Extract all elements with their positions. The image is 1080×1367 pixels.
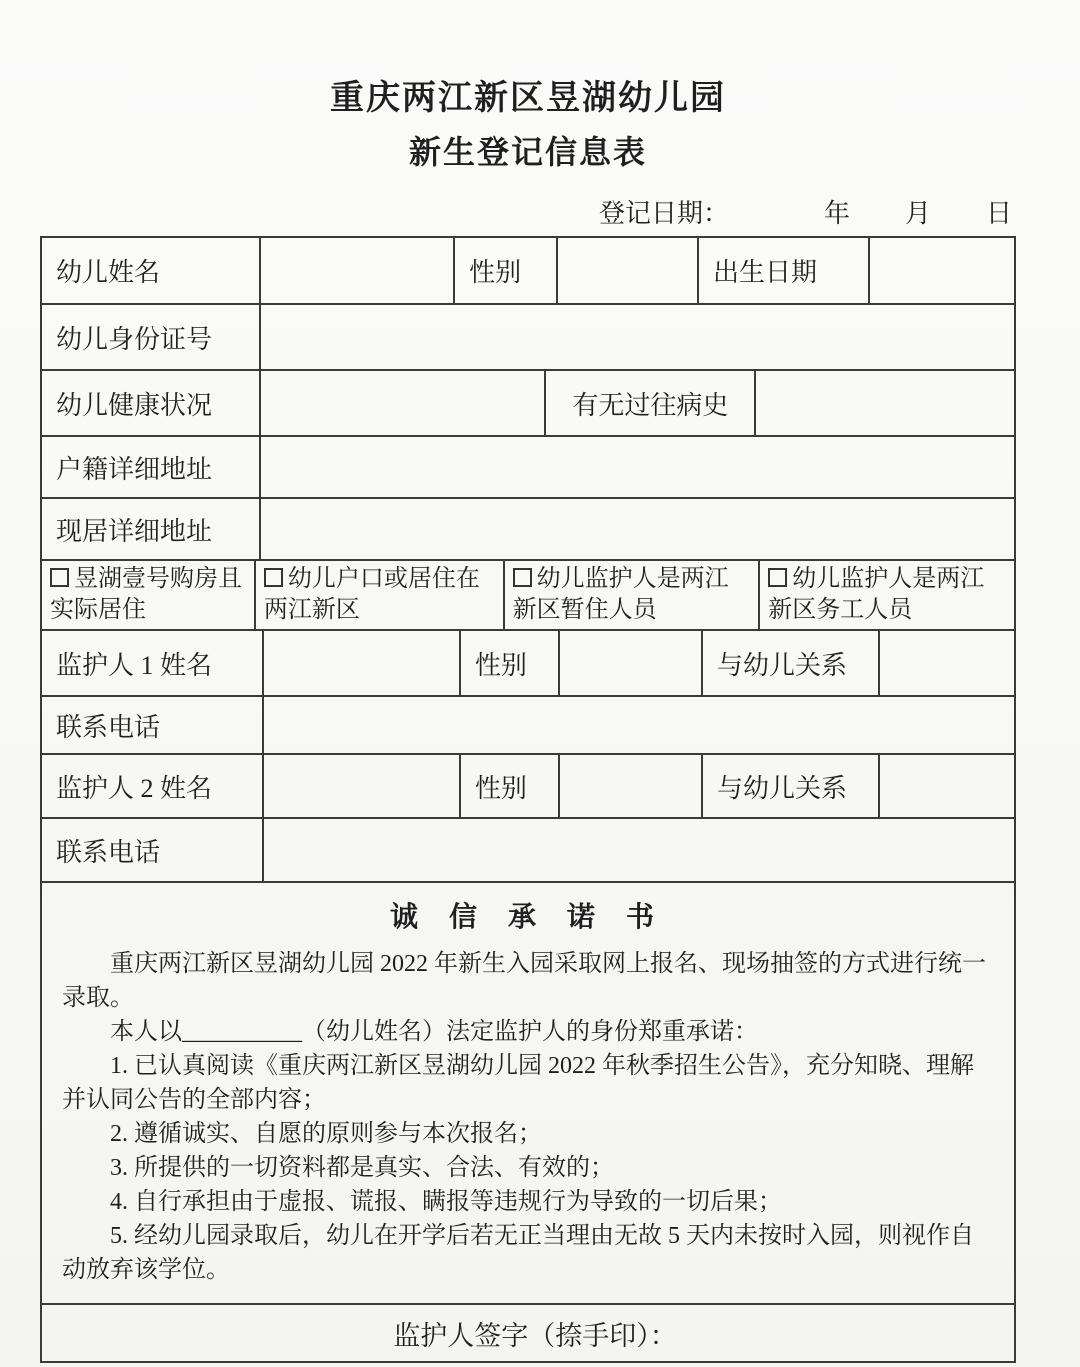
row-health: 幼儿健康状况 有无过往病史 bbox=[42, 371, 1014, 437]
date-label: 登记日期： bbox=[599, 193, 729, 230]
row-promise: 诚 信 承 诺 书 重庆两江新区昱湖幼儿园 2022 年新生入园采取网上报名、现… bbox=[42, 883, 1014, 1305]
form-sheet: 重庆两江新区昱湖幼儿园 新生登记信息表 登记日期： 年 月 日 幼儿姓名 性别 … bbox=[0, 0, 1080, 1367]
date-month-input[interactable] bbox=[850, 204, 905, 230]
row-phone1: 联系电话 bbox=[42, 697, 1014, 755]
checkbox-icon[interactable] bbox=[50, 568, 69, 587]
checkbox-icon[interactable] bbox=[513, 568, 532, 587]
row-guardian1: 监护人 1 姓名 性别 与幼儿关系 bbox=[42, 631, 1014, 697]
promise-item: 1. 已认真阅读《重庆两江新区昱湖幼儿园 2022 年秋季招生公告》，充分知晓、… bbox=[62, 1049, 994, 1117]
child-id-label: 幼儿身份证号 bbox=[42, 305, 261, 369]
date-day-label: 日 bbox=[986, 193, 1012, 230]
child-name-label: 幼儿姓名 bbox=[42, 238, 261, 303]
row-child-id: 幼儿身份证号 bbox=[42, 305, 1014, 371]
birth-date-input[interactable] bbox=[870, 238, 1014, 303]
hukou-address-label: 户籍详细地址 bbox=[42, 437, 261, 497]
guardian1-name-label: 监护人 1 姓名 bbox=[42, 631, 264, 695]
date-year-input[interactable] bbox=[729, 204, 824, 230]
medical-history-input[interactable] bbox=[756, 371, 1014, 435]
eligibility-option-4[interactable]: 幼儿监护人是两江新区务工人员 bbox=[760, 561, 1014, 629]
row-child-name: 幼儿姓名 性别 出生日期 bbox=[42, 238, 1014, 305]
health-label: 幼儿健康状况 bbox=[42, 371, 261, 435]
promise-section: 诚 信 承 诺 书 重庆两江新区昱湖幼儿园 2022 年新生入园采取网上报名、现… bbox=[42, 883, 1014, 1303]
row-guardian2: 监护人 2 姓名 性别 与幼儿关系 bbox=[42, 755, 1014, 819]
page-title: 重庆两江新区昱湖幼儿园 bbox=[40, 0, 1016, 119]
child-name-input[interactable] bbox=[261, 238, 455, 303]
eligibility-option-label: 幼儿监护人是两江新区暂住人员 bbox=[513, 566, 729, 623]
date-year-label: 年 bbox=[824, 193, 850, 230]
date-month-label: 月 bbox=[905, 193, 931, 230]
guardian2-name-input[interactable] bbox=[264, 755, 461, 817]
row-phone2: 联系电话 bbox=[42, 819, 1014, 883]
promise-item: 5. 经幼儿园录取后，幼儿在开学后若无正当理由无故 5 天内未按时入园，则视作自… bbox=[62, 1219, 994, 1287]
date-line: 登记日期： 年 月 日 bbox=[40, 193, 1016, 230]
current-address-input[interactable] bbox=[261, 499, 1014, 559]
birth-date-label: 出生日期 bbox=[699, 238, 870, 303]
guardian1-relation-input[interactable] bbox=[880, 631, 1014, 695]
promise-heading: 诚 信 承 诺 书 bbox=[62, 901, 994, 935]
date-day-input[interactable] bbox=[931, 204, 986, 230]
guardian1-gender-label: 性别 bbox=[461, 631, 560, 695]
guardian2-relation-input[interactable] bbox=[880, 755, 1014, 817]
promise-item: 2. 遵循诚实、自愿的原则参与本次报名； bbox=[62, 1117, 994, 1151]
medical-history-label: 有无过往病史 bbox=[546, 371, 756, 435]
guardian2-relation-label: 与幼儿关系 bbox=[703, 755, 880, 817]
form-table: 幼儿姓名 性别 出生日期 幼儿身份证号 幼儿健康状况 有无过往病史 bbox=[40, 236, 1016, 1363]
guardian1-relation-label: 与幼儿关系 bbox=[703, 631, 880, 695]
current-address-label: 现居详细地址 bbox=[42, 499, 261, 559]
row-current-address: 现居详细地址 bbox=[42, 499, 1014, 561]
guardian1-gender-input[interactable] bbox=[560, 631, 703, 695]
row-eligibility: 昱湖壹号购房且实际居住 幼儿户口或居住在两江新区 幼儿监护人是两江新区暂住人员 … bbox=[42, 561, 1014, 631]
eligibility-option-label: 昱湖壹号购房且实际居住 bbox=[50, 566, 242, 623]
eligibility-option-3[interactable]: 幼儿监护人是两江新区暂住人员 bbox=[505, 561, 761, 629]
guardian2-name-label: 监护人 2 姓名 bbox=[42, 755, 264, 817]
eligibility-option-label: 幼儿监护人是两江新区务工人员 bbox=[768, 566, 984, 623]
child-gender-label: 性别 bbox=[455, 238, 558, 303]
promise-item: 3. 所提供的一切资料都是真实、合法、有效的； bbox=[62, 1151, 994, 1185]
signature-label: 监护人签字（捺手印）： bbox=[393, 1314, 677, 1353]
guardian1-name-input[interactable] bbox=[264, 631, 461, 695]
signature-area[interactable]: 监护人签字（捺手印）： bbox=[42, 1305, 1014, 1361]
promise-paragraph: 本人以__________（幼儿姓名）法定监护人的身份郑重承诺： bbox=[62, 1015, 994, 1049]
eligibility-option-2[interactable]: 幼儿户口或居住在两江新区 bbox=[256, 561, 505, 629]
child-id-input[interactable] bbox=[261, 305, 1014, 369]
health-input[interactable] bbox=[261, 371, 547, 435]
guardian2-gender-label: 性别 bbox=[461, 755, 560, 817]
hukou-address-input[interactable] bbox=[261, 437, 1014, 497]
promise-paragraph: 重庆两江新区昱湖幼儿园 2022 年新生入园采取网上报名、现场抽签的方式进行统一… bbox=[62, 947, 994, 1015]
phone1-input[interactable] bbox=[264, 697, 1014, 753]
checkbox-icon[interactable] bbox=[264, 568, 283, 587]
row-signature: 监护人签字（捺手印）： bbox=[42, 1305, 1014, 1361]
promise-item: 4. 自行承担由于虚报、谎报、瞒报等违规行为导致的一切后果； bbox=[62, 1185, 994, 1219]
row-hukou-address: 户籍详细地址 bbox=[42, 437, 1014, 499]
child-gender-input[interactable] bbox=[558, 238, 699, 303]
phone1-label: 联系电话 bbox=[42, 697, 264, 753]
page-subtitle: 新生登记信息表 bbox=[40, 127, 1016, 173]
guardian2-gender-input[interactable] bbox=[560, 755, 703, 817]
checkbox-icon[interactable] bbox=[768, 568, 787, 587]
eligibility-option-label: 幼儿户口或居住在两江新区 bbox=[264, 566, 480, 623]
phone2-input[interactable] bbox=[264, 819, 1014, 881]
phone2-label: 联系电话 bbox=[42, 819, 264, 881]
eligibility-option-1[interactable]: 昱湖壹号购房且实际居住 bbox=[42, 561, 256, 629]
